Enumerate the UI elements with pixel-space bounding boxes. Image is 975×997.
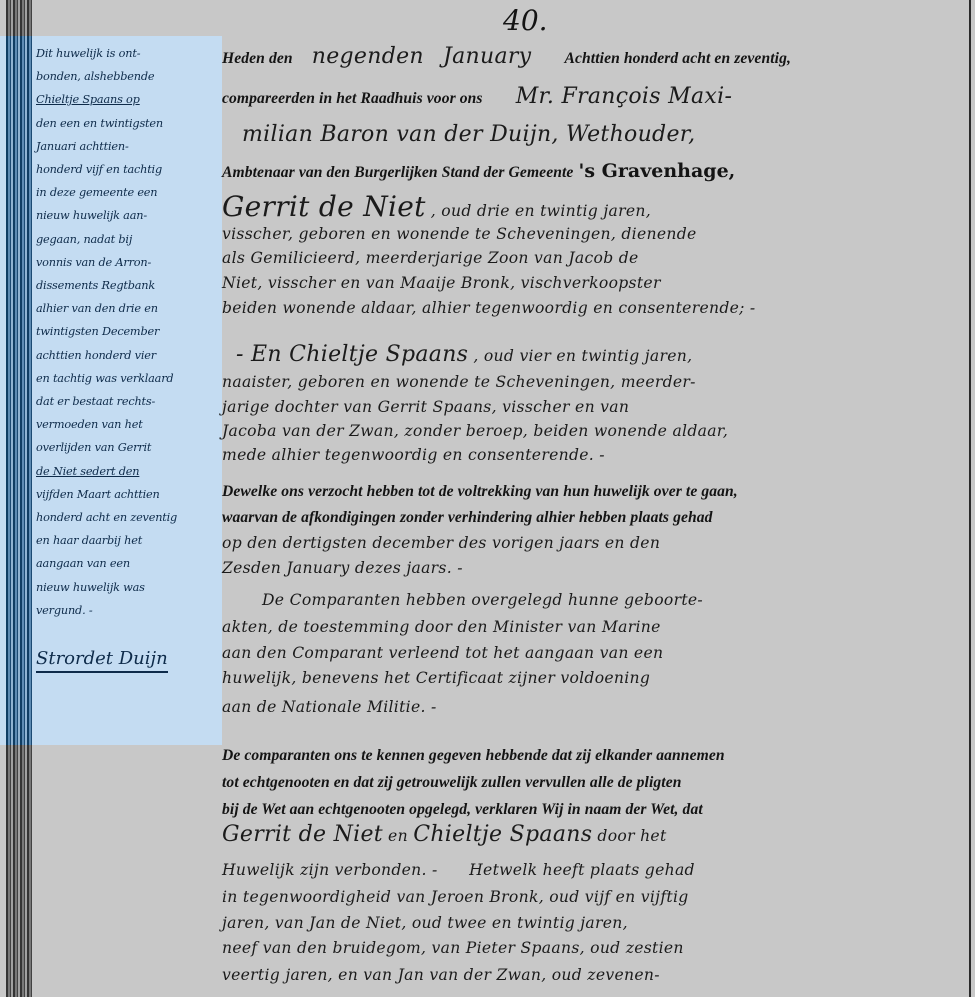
margin-line: Chieltje Spaans op [36, 88, 220, 111]
record-line: Ambtenaar van den Burgerlijken Stand der… [222, 160, 735, 182]
handwritten-text: en [388, 827, 413, 845]
record-line: jaren, van Jan de Niet, oud twee en twin… [222, 913, 628, 932]
handwritten-text: Huwelijk zijn verbonden. - Hetwelk heeft… [222, 861, 695, 879]
margin-annotation: Dit huwelijk is ont- bonden, alshebbende… [36, 42, 220, 622]
municipality-name: 's Gravenhage, [579, 160, 736, 182]
handwritten-text: naaister, geboren en wonende te Scheveni… [222, 373, 696, 391]
record-line: De comparanten ons te kennen gegeven heb… [222, 745, 725, 765]
printed-text: Heden den [222, 50, 293, 67]
bride-name: Chieltje Spaans [413, 822, 592, 847]
margin-line: vergund. - [36, 599, 220, 622]
margin-line: dissements Regtbank [36, 274, 220, 297]
margin-line: alhier van den drie en [36, 297, 220, 320]
record-line: aan de Nationale Militie. - [222, 697, 437, 716]
record-line: bij de Wet aan echtgenooten opgelegd, ve… [222, 799, 703, 819]
record-body: Heden den negenden January Achttien hond… [222, 0, 967, 997]
record-line: waarvan de afkondigingen zonder verhinde… [222, 507, 713, 527]
record-line: mede alhier tegenwoordig en consenterend… [222, 445, 605, 464]
record-line: Zesden January dezes jaars. - [222, 558, 463, 577]
handwritten-text: beiden wonende aldaar, alhier tegenwoord… [222, 299, 756, 317]
record-line: - En Chieltje Spaans , oud vier en twint… [236, 342, 692, 367]
record-line: als Gemilicieerd, meerderjarige Zoon van… [222, 248, 639, 267]
record-line: in tegenwoordigheid van Jeroen Bronk, ou… [222, 887, 689, 906]
record-line: tot echtgenooten en dat zij getrouwelijk… [222, 772, 682, 792]
right-margin-rule [969, 0, 971, 997]
binding-edge-highlighted [6, 36, 32, 745]
margin-line: en haar daarbij het [36, 529, 220, 552]
record-line: Jacoba van der Zwan, zonder beroep, beid… [222, 421, 728, 440]
margin-line: achttien honderd vier [36, 344, 220, 367]
record-line: neef van den bruidegom, van Pieter Spaan… [222, 938, 684, 957]
handwritten-text: , oud vier en twintig jaren, [473, 347, 692, 365]
margin-line: Dit huwelijk is ont- [36, 42, 220, 65]
record-line: visscher, geboren en wonende te Scheveni… [222, 224, 697, 243]
record-line: aan den Comparant verleend tot het aanga… [222, 643, 663, 662]
record-line: Niet, visscher en van Maaije Bronk, visc… [222, 273, 661, 292]
handwritten-text: aan de Nationale Militie. - [222, 698, 437, 716]
handwritten-official-name: Mr. François Maxi- [516, 84, 732, 109]
handwritten-month: January [443, 44, 531, 69]
groom-name: Gerrit de Niet [222, 190, 426, 223]
handwritten-text: huwelijk, benevens het Certificaat zijne… [222, 669, 650, 687]
record-line: Heden den negenden January Achttien hond… [222, 44, 791, 69]
margin-line: bonden, alshebbende [36, 65, 220, 88]
record-line: naaister, geboren en wonende te Scheveni… [222, 372, 696, 391]
handwritten-text: als Gemilicieerd, meerderjarige Zoon van… [222, 249, 639, 267]
record-line: akten, de toestemming door den Minister … [222, 617, 661, 636]
handwritten-text: door het [597, 827, 666, 845]
handwritten-date: negenden [312, 44, 424, 69]
document-page: 40. Dit huwelijk is ont- bonden, alshebb… [0, 0, 975, 997]
handwritten-text: jaren, van Jan de Niet, oud twee en twin… [222, 914, 628, 932]
record-line: Gerrit de Niet , oud drie en twintig jar… [222, 190, 651, 223]
record-line: Dewelke ons verzocht hebben tot de voltr… [222, 481, 738, 501]
printed-text: waarvan de afkondigingen zonder verhinde… [222, 509, 713, 526]
printed-text: tot echtgenooten en dat zij getrouwelijk… [222, 774, 682, 791]
handwritten-text: Zesden January dezes jaars. - [222, 559, 463, 577]
groom-name: Gerrit de Niet [222, 822, 383, 847]
handwritten-text: aan den Comparant verleend tot het aanga… [222, 644, 663, 662]
handwritten-text: Niet, visscher en van Maaije Bronk, visc… [222, 274, 661, 292]
handwritten-text: in tegenwoordigheid van Jeroen Bronk, ou… [222, 888, 689, 906]
handwritten-text: De Comparanten hebben overgelegd hunne g… [262, 591, 703, 609]
margin-line: honderd vijf en tachtig [36, 158, 220, 181]
margin-line: twintigsten December [36, 320, 220, 343]
handwritten-text: mede alhier tegenwoordig en consenterend… [222, 446, 605, 464]
margin-line: in deze gemeente een [36, 181, 220, 204]
record-line: op den dertigsten december des vorigen j… [222, 533, 660, 552]
margin-line: nieuw huwelijk was [36, 576, 220, 599]
margin-line: nieuw huwelijk aan- [36, 204, 220, 227]
margin-line: gegaan, nadat bij [36, 228, 220, 251]
margin-line: de Niet sedert den [36, 460, 220, 483]
printed-text: compareerden in het Raadhuis voor ons [222, 90, 483, 107]
record-line: Huwelijk zijn verbonden. - Hetwelk heeft… [222, 860, 695, 879]
record-line: De Comparanten hebben overgelegd hunne g… [262, 590, 703, 609]
handwritten-text: veertig jaren, en van Jan van der Zwan, … [222, 966, 660, 984]
margin-line: aangaan van een [36, 552, 220, 575]
handwritten-text: akten, de toestemming door den Minister … [222, 618, 661, 636]
margin-line: vonnis van de Arron- [36, 251, 220, 274]
record-line: Gerrit de Niet en Chieltje Spaans door h… [222, 822, 667, 847]
handwritten-text: neef van den bruidegom, van Pieter Spaan… [222, 939, 684, 957]
printed-text: bij de Wet aan echtgenooten opgelegd, ve… [222, 801, 703, 818]
printed-text: Ambtenaar van den Burgerlijken Stand der… [222, 164, 573, 181]
margin-line: overlijden van Gerrit [36, 436, 220, 459]
margin-line: Januari achttien- [36, 135, 220, 158]
margin-signature: Strordet Duijn [36, 648, 168, 673]
handwritten-text: , oud drie en twintig jaren, [431, 202, 651, 220]
record-line: veertig jaren, en van Jan van der Zwan, … [222, 965, 660, 984]
margin-line: honderd acht en zeventig [36, 506, 220, 529]
handwritten-text: jarige dochter van Gerrit Spaans, vissch… [222, 398, 629, 416]
record-line: compareerden in het Raadhuis voor ons Mr… [222, 84, 732, 109]
printed-text: Dewelke ons verzocht hebben tot de voltr… [222, 483, 738, 500]
margin-line: den een en twintigsten [36, 112, 220, 135]
record-line: jarige dochter van Gerrit Spaans, vissch… [222, 397, 629, 416]
record-line: milian Baron van der Duijn, Wethouder, [242, 122, 695, 147]
printed-text: De comparanten ons te kennen gegeven heb… [222, 747, 725, 764]
margin-line: vijfden Maart achttien [36, 483, 220, 506]
margin-line: vermoeden van het [36, 413, 220, 436]
handwritten-text: visscher, geboren en wonende te Scheveni… [222, 225, 697, 243]
handwritten-text: op den dertigsten december des vorigen j… [222, 534, 660, 552]
bride-name: - En Chieltje Spaans [236, 342, 468, 367]
handwritten-official-name: milian Baron van der Duijn, Wethouder, [242, 122, 695, 147]
handwritten-text: Jacoba van der Zwan, zonder beroep, beid… [222, 422, 728, 440]
record-line: beiden wonende aldaar, alhier tegenwoord… [222, 298, 756, 317]
margin-line: en tachtig was verklaard [36, 367, 220, 390]
margin-line: dat er bestaat rechts- [36, 390, 220, 413]
printed-year: Achttien honderd acht en zeventig, [565, 50, 792, 67]
record-line: huwelijk, benevens het Certificaat zijne… [222, 668, 650, 687]
